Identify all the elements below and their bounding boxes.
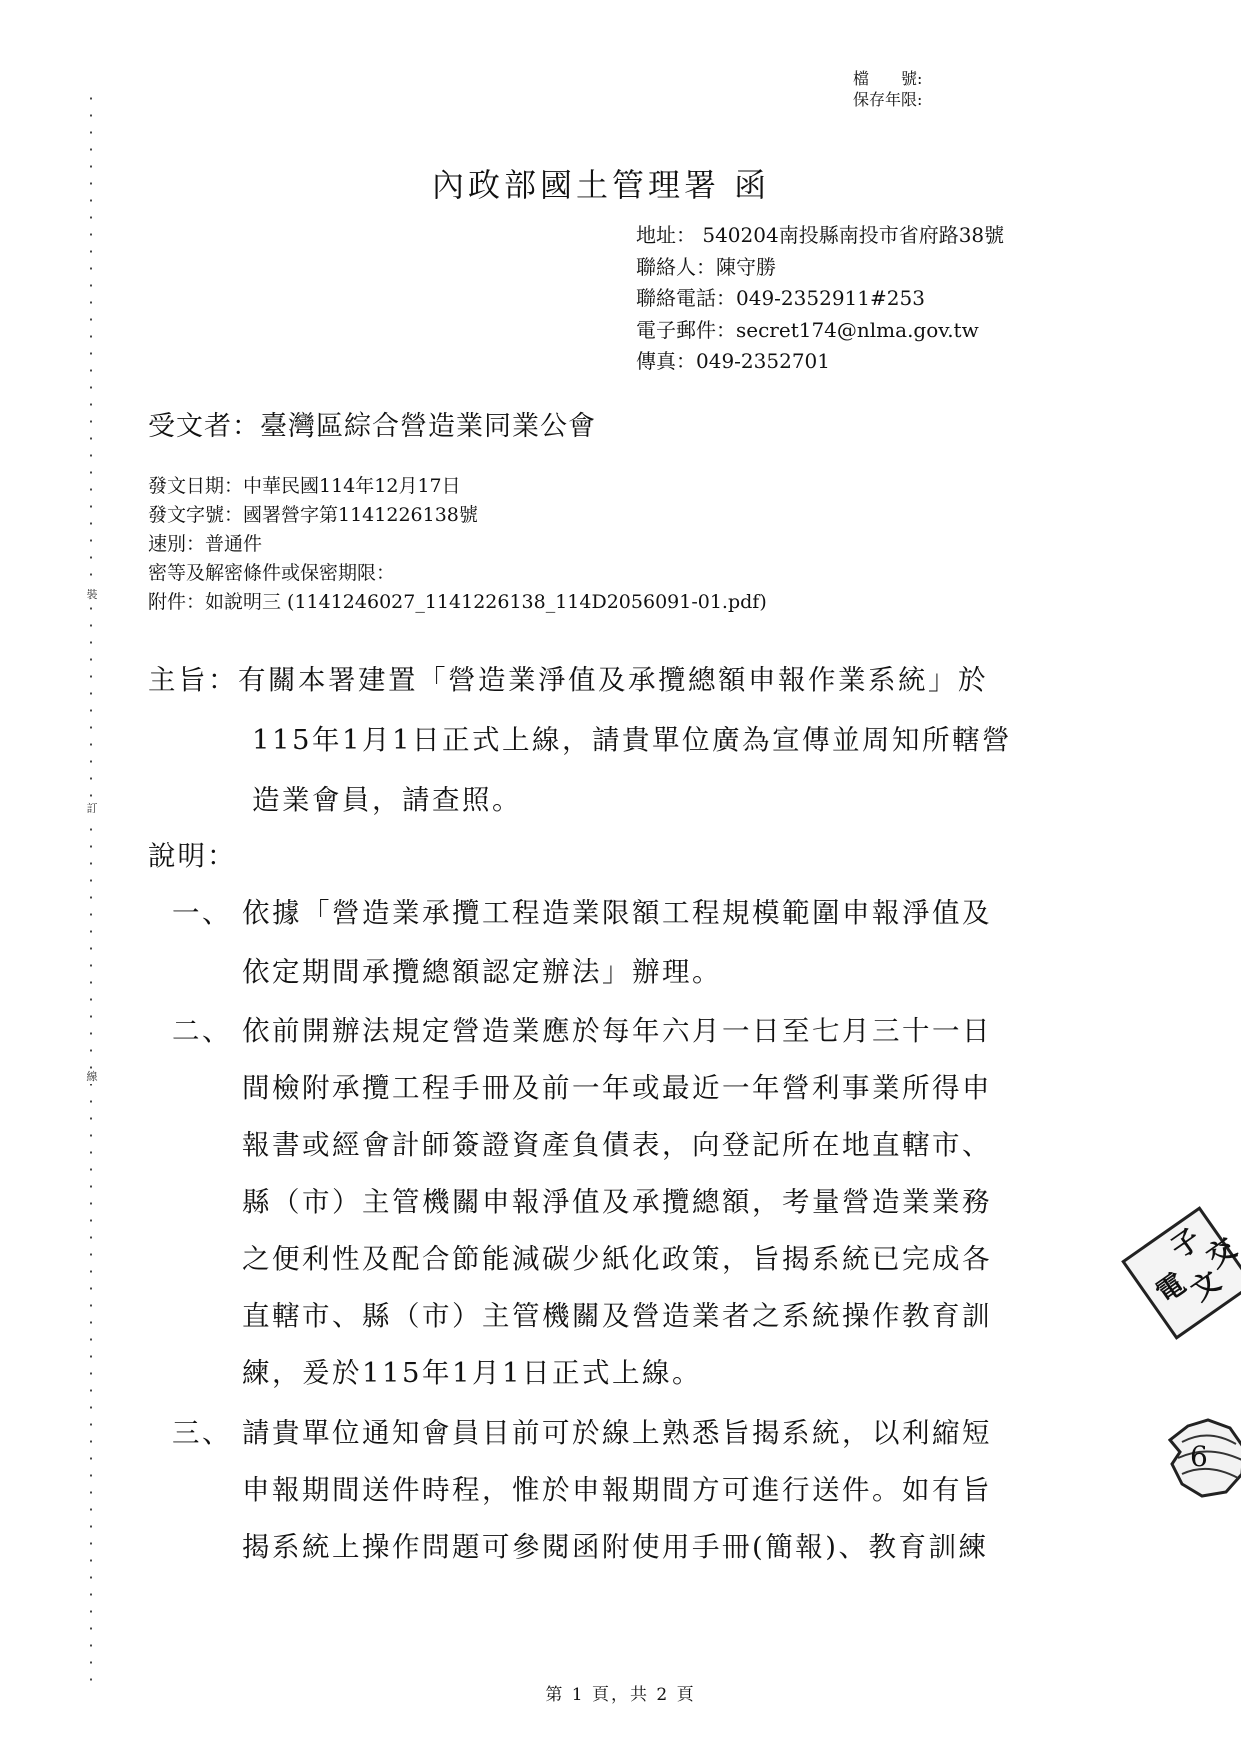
- item-line: 依定期間承攬總額認定辦法」辦理。: [242, 949, 722, 989]
- item-line: 報書或經會計師簽證資產負債表，向登記所在地直轄市、: [242, 1122, 992, 1162]
- binding-dotted-line: [90, 90, 92, 1690]
- subject-line: 115年1月1日正式上線，請貴單位廣為宣傳並周知所轄營: [252, 710, 1012, 771]
- item-line: 直轄市、縣（市）主管機關及營造業者之系統操作教育訓: [242, 1293, 992, 1333]
- contact-block: 地址： 540204南投縣南投市省府路38號 聯絡人：陳守勝 聯絡電話：049-…: [636, 220, 1004, 378]
- binding-mark-xian: 線: [80, 1070, 104, 1084]
- priority: 速別：普通件: [148, 530, 767, 559]
- contact-person: 聯絡人：陳守勝: [636, 252, 1004, 284]
- attachment[interactable]: 附件：如說明三 (1141246027_1141226138_114D20560…: [148, 588, 767, 617]
- explanation-label: 說明：: [148, 833, 237, 873]
- retention-period-label: 保存年限:: [853, 89, 922, 110]
- dispatch-metadata: 發文日期：中華民國114年12月17日 發文字號：國署營字第1141226138…: [148, 472, 767, 617]
- item-line: 申報期間送件時程，惟於申報期間方可進行送件。如有旨: [242, 1467, 992, 1507]
- seal-stamp-icon: 6: [1168, 1418, 1241, 1498]
- phone: 聯絡電話：049-2352911#253: [636, 283, 1004, 315]
- subject-line: 有關本署建置「營造業淨值及承攬總額申報作業系統」於: [238, 650, 988, 711]
- file-number-label: 檔 號:: [853, 68, 922, 89]
- dispatch-date: 發文日期：中華民國114年12月17日: [148, 472, 767, 501]
- page-number-footer: 第 1 頁，共 2 頁: [0, 1680, 1241, 1705]
- item-line: 練，爰於115年1月1日正式上線。: [242, 1350, 702, 1390]
- binding-margin: 裝 訂 線: [80, 90, 104, 1690]
- item-line: 依前開辦法規定營造業應於每年六月一日至七月三十一日: [242, 1008, 992, 1048]
- document-number: 發文字號：國署營字第1141226138號: [148, 501, 767, 530]
- item-number: 一、: [172, 890, 232, 930]
- item-line: 依據「營造業承攬工程造業限額工程規模範圍申報淨值及: [242, 890, 992, 930]
- subject-label: 主旨：: [148, 650, 238, 711]
- binding-mark-ding: 訂: [80, 802, 104, 816]
- item-line: 之便利性及配合節能減碳少紙化政策，旨揭系統已完成各: [242, 1236, 992, 1276]
- item-number: 二、: [172, 1008, 232, 1048]
- document-title: 內政部國土管理署 函: [432, 160, 770, 206]
- address: 地址： 540204南投縣南投市省府路38號: [636, 220, 1004, 252]
- recipient: 受文者：臺灣區綜合營造業同業公會: [148, 404, 596, 443]
- electronic-exchange-stamp: 電 子 交 文: [1121, 1206, 1241, 1340]
- email: 電子郵件：secret174@nlma.gov.tw: [636, 315, 1004, 347]
- fax: 傳真：049-2352701: [636, 346, 1004, 378]
- item-line: 間檢附承攬工程手冊及前一年或最近一年營利事業所得申: [242, 1065, 992, 1105]
- binding-mark-zhuang: 裝: [80, 588, 104, 602]
- subject-line: 造業會員，請查照。: [252, 770, 522, 831]
- file-metadata: 檔 號: 保存年限:: [853, 68, 922, 110]
- item-line: 揭系統上操作問題可參閱函附使用手冊(簡報)、教育訓練: [242, 1524, 988, 1564]
- item-line: 縣（市）主管機關申報淨值及承攬總額，考量營造業業務: [242, 1179, 992, 1219]
- item-number: 三、: [172, 1410, 232, 1450]
- seal-number: 6: [1190, 1440, 1208, 1473]
- classification: 密等及解密條件或保密期限：: [148, 559, 767, 588]
- item-line: 請貴單位通知會員目前可於線上熟悉旨揭系統，以利縮短: [242, 1410, 992, 1450]
- stamp-char: 電: [1149, 1266, 1193, 1312]
